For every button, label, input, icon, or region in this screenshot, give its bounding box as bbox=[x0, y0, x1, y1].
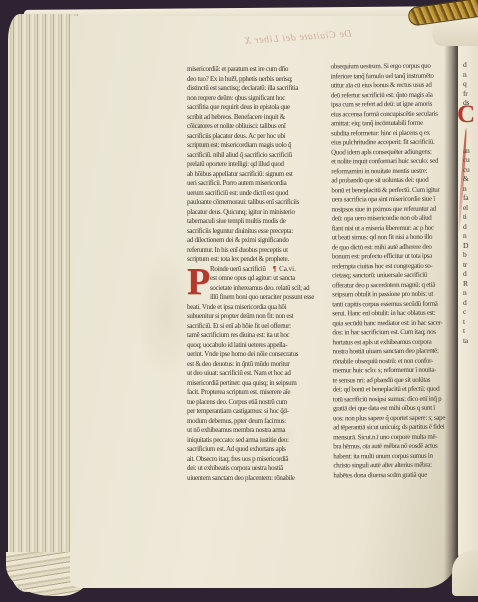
text-line: ab hōibus appellatur sacrificiū: signum … bbox=[187, 170, 317, 180]
text-line: dei: qd bonū et beneplacitū et pfectū: q… bbox=[333, 385, 457, 395]
fore-edge-left bbox=[8, 14, 78, 592]
text-line: prelatū oportere intelligi: qd illud quo… bbox=[187, 160, 317, 170]
text-line: sacrificiis leguntur diuinitus esse prec… bbox=[187, 227, 317, 237]
text-line: ad tēperantiā sicut unicuiq; ds partitus… bbox=[333, 423, 457, 433]
text-line: n bbox=[463, 231, 478, 241]
text-line: referuntur. In his enī duobus preceptis … bbox=[187, 246, 317, 256]
chapter-block: P Roinde uerū sacrificiū¶Ca.vi. est omne… bbox=[187, 265, 317, 484]
text-line: dei: ut exhibeatis corpora uestra hostiā bbox=[187, 464, 317, 474]
text-line: ta bbox=[463, 336, 478, 346]
facing-page-red-initial: C bbox=[457, 102, 475, 128]
text-line: uerint. Vnde ipse homo dei nōie consecra… bbox=[187, 350, 317, 360]
text-line: cōicatores et nolite obliuisci: talibus … bbox=[187, 122, 317, 132]
text-line: sacrificium est. Ad quod exhortans apls bbox=[187, 445, 317, 455]
text-line: uiuentem sanctam deo placentem: rōnabile bbox=[187, 474, 317, 484]
text-line: per temperantiam castigamus: si hoc q̃d- bbox=[187, 407, 317, 417]
text-line: n bbox=[463, 184, 478, 194]
text-line: ut deo uiuat: sacrificiū est. Nam et hoc… bbox=[187, 369, 317, 379]
text-line: n bbox=[463, 288, 478, 298]
text-line: n bbox=[463, 70, 478, 80]
text-line: tamē sacrificium res diuina est: ita ut … bbox=[187, 331, 317, 341]
text-line: d bbox=[463, 222, 478, 232]
text-line: t bbox=[463, 326, 478, 336]
text-line: d bbox=[463, 269, 478, 279]
pilcrow-mark: ¶ bbox=[273, 265, 276, 273]
text-line: iniquitatis peccato: sed arma iustitie d… bbox=[187, 436, 317, 446]
text-line: ait. Obsecro itaq; fres uos p misericord… bbox=[187, 455, 317, 465]
text-line: bonū et beneplacitū & perfectū. Cum igit… bbox=[331, 185, 455, 195]
text-line: non reqrere deūm: qbus significant hoc bbox=[187, 94, 317, 104]
text-line: quia secūdū hanc mediator est: in hac sa… bbox=[332, 318, 456, 328]
text-line: modum debemus, ppter deum facimus: bbox=[187, 417, 317, 427]
text-line: nostra hostiā uiuam sanctam deo placentē… bbox=[333, 347, 457, 357]
text-column-left: misericordiā: et paratum est ire cum dño… bbox=[187, 65, 317, 489]
text-line: fr bbox=[463, 89, 478, 99]
text-line: beati. Vnde et ipsa misericordia qua hōi bbox=[187, 303, 317, 313]
text-line: pauloante cōmemoraui: talibus enī sacrif… bbox=[187, 198, 317, 208]
text-line: est & deo deuotus: in q̃ntū mūdo moritur bbox=[187, 360, 317, 370]
text-line: sacrificiis placatur deus. Ac per hoc ub… bbox=[187, 132, 317, 142]
text-line: ti bbox=[463, 212, 478, 222]
left-column-chapter-lines: est omne opus qd agitur: ut sanctasociet… bbox=[187, 274, 317, 483]
text-line: misericordiā pertinet: qua quisq; in sei… bbox=[187, 379, 317, 389]
text-line: sacrificiū. Et si enī ab hōie fit uel of… bbox=[187, 322, 317, 332]
text-line: el bbox=[463, 203, 478, 213]
left-column-upper-lines: misericordiā: et paratum est ire cum dño… bbox=[187, 65, 317, 265]
text-line: ueri sacrificii. Porro autem misericordi… bbox=[187, 179, 317, 189]
text-line: tue placens deo. Corpus etiā nostrū cum bbox=[187, 398, 317, 408]
text-column-right: obsequium uestrum. Si ergo corpus quoinf… bbox=[331, 62, 458, 487]
text-line: placatur deus. Quicunq; igitur in minist… bbox=[187, 208, 317, 218]
chapter-number: Ca.vi. bbox=[279, 265, 296, 273]
text-line: habētes dona diuersa scdm gratiā que bbox=[333, 470, 457, 480]
text-line: totū sacrificiū nosipsi sumus: dico enī … bbox=[333, 394, 457, 404]
text-line: c bbox=[463, 307, 478, 317]
text-line: eius accensa formā concupiscētie secular… bbox=[331, 109, 455, 119]
text-line: scriptum est: misericordiam magis uolo q… bbox=[187, 141, 317, 151]
text-line: cu bbox=[463, 165, 478, 175]
text-line: sacrifitia que requirit deus in epistola… bbox=[187, 103, 317, 113]
text-line: ad dilectionem dei & pximi significando bbox=[187, 236, 317, 246]
text-line: quoq; uocabulo id latini ueteres appella… bbox=[187, 341, 317, 351]
text-line: q bbox=[463, 79, 478, 89]
text-line: & bbox=[463, 174, 478, 184]
text-line: fa bbox=[463, 193, 478, 203]
text-line: distinctū est sanctisq; declaratū: illa … bbox=[187, 84, 317, 94]
book-photo: De Ciuitate dei Liber X misericordiā: et… bbox=[0, 0, 478, 602]
text-line: tr bbox=[463, 260, 478, 270]
text-line: R bbox=[463, 279, 478, 289]
chapter-drop-cap-initial: P bbox=[187, 266, 208, 303]
text-line: facit. Propterea scriptum est. miserere … bbox=[187, 388, 317, 398]
text-line: sacrificiū. nihil aliud q̃ sacrificio sa… bbox=[187, 151, 317, 161]
text-line: et nolite inquit conformari huic seculo:… bbox=[331, 157, 455, 167]
text-line: uerum sacrificiū est: unde dictū est quo… bbox=[187, 189, 317, 199]
text-line: d bbox=[463, 298, 478, 308]
text-line: misericordiā: et paratum est ire cum dño bbox=[187, 65, 317, 75]
text-line: scribit ad hebreos. Benefacere inquit & bbox=[187, 113, 317, 123]
text-line: deo tuo? Ex in hui9, pphetis uerbis ueri… bbox=[187, 75, 317, 85]
chapter-heading-text: Roinde uerū sacrificiū bbox=[210, 265, 266, 273]
text-line: tabernaculi siue templi multis modis de bbox=[187, 217, 317, 227]
text-line: subuenitur si propter deūm non fit: non … bbox=[187, 312, 317, 322]
text-line: b bbox=[463, 250, 478, 260]
text-line: t bbox=[463, 317, 478, 327]
text-line: d bbox=[463, 60, 478, 70]
text-line: ut nō exhibeamus membra nostra arma bbox=[187, 426, 317, 436]
text-line: D bbox=[463, 241, 478, 251]
